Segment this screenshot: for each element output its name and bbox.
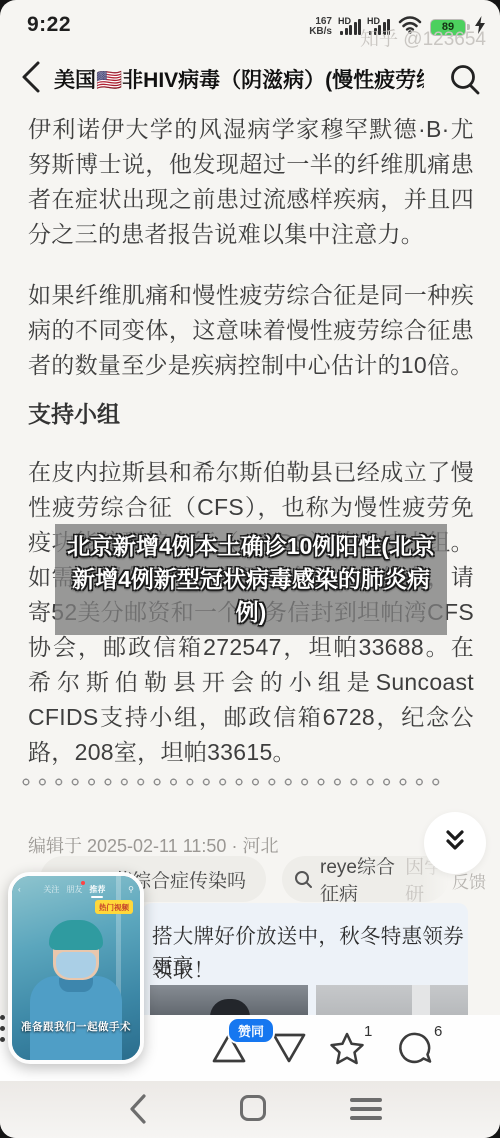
- pip-tab-follow[interactable]: 关注: [43, 884, 59, 895]
- double-chevron-down-icon: [442, 828, 468, 859]
- dotted-divider: [22, 775, 442, 789]
- watermark: 知乎 @123654: [360, 24, 486, 51]
- search-icon[interactable]: [448, 62, 482, 101]
- pip-tabs: 关注 朋友 推荐: [43, 884, 105, 895]
- signal-icon-sim1: HD: [340, 19, 361, 35]
- nurse-cap: [49, 920, 103, 950]
- android-nav-bar: [0, 1081, 500, 1138]
- article-heading: 支持小组: [28, 396, 120, 429]
- article-paragraph-2: 如果纤维肌痛和慢性疲劳综合征是同一种疾病的不同变体，这意味着慢性疲劳综合征患者的…: [28, 278, 474, 383]
- nurse-mask: [56, 952, 96, 978]
- network-speed: 167 KB/s: [309, 17, 332, 37]
- video-pip[interactable]: ‹ 关注 朋友 推荐 ⚲ 热门视频 准备跟我们一起做手术: [8, 872, 144, 1064]
- pip-search-icon: ⚲: [128, 885, 134, 894]
- hot-video-badge: 热门视频: [95, 900, 133, 914]
- favorite-button[interactable]: 1: [328, 1031, 366, 1067]
- caption-overlay-text: 北京新增4例本土确诊10例阳性(北京新增4例新型冠状病毒感染的肺炎病例): [63, 530, 439, 629]
- comment-button[interactable]: 6: [398, 1031, 436, 1067]
- back-icon[interactable]: [20, 60, 42, 99]
- nav-home-icon[interactable]: [240, 1095, 266, 1121]
- upvote-badge: 赞同: [227, 1017, 275, 1044]
- ad-card[interactable]: 搭大牌好价放送中，秋冬特惠领券更享 领取！: [142, 903, 468, 1029]
- net-speed-unit: KB/s: [309, 27, 332, 37]
- downvote-button[interactable]: [270, 1031, 308, 1065]
- clock: 9:22: [27, 13, 71, 37]
- article-paragraph-1: 伊利诺伊大学的风湿病学家穆罕默德·B·尤努斯博士说，他发现超过一半的纤维肌痛患者…: [28, 112, 474, 252]
- hd-label: HD: [338, 16, 351, 26]
- comment-count: 6: [434, 1023, 442, 1040]
- nav-recents-icon[interactable]: [350, 1098, 382, 1120]
- pip-top-bar: ‹ 关注 朋友 推荐 ⚲: [18, 884, 134, 895]
- caption-overlay: 北京新增4例本土确诊10例阳性(北京新增4例新型冠状病毒感染的肺炎病例): [55, 524, 447, 635]
- edited-timestamp: 编辑于 2025-02-11 11:50 · 河北: [28, 832, 278, 858]
- favorite-count: 1: [364, 1023, 372, 1040]
- chip-label: reye综合征病: [320, 856, 405, 902]
- page-title: 美国🇺🇸非HIV病毒（阴滋病）(慢性疲劳综合症) 实...: [54, 64, 424, 94]
- chip-search-icon: [294, 870, 313, 889]
- pip-back-icon: ‹: [18, 885, 21, 894]
- pip-tab-friends[interactable]: 朋友: [66, 884, 82, 895]
- nurse-collar: [59, 978, 93, 992]
- app-screen: 9:22 167 KB/s HD HD 89: [0, 0, 500, 1138]
- notification-dot: [81, 881, 85, 885]
- pip-tab-recommend[interactable]: 推荐: [89, 884, 105, 895]
- pip-caption: 准备跟我们一起做手术: [12, 1019, 140, 1034]
- related-search-chip-2[interactable]: reye综合征病因学研: [282, 856, 448, 902]
- page-header: 美国🇺🇸非HIV病毒（阴滋病）(慢性疲劳综合症) 实...: [0, 52, 500, 106]
- ad-text-line2: 领取！: [152, 953, 214, 983]
- collapse-button[interactable]: [424, 812, 486, 874]
- nav-back-icon[interactable]: [128, 1093, 148, 1130]
